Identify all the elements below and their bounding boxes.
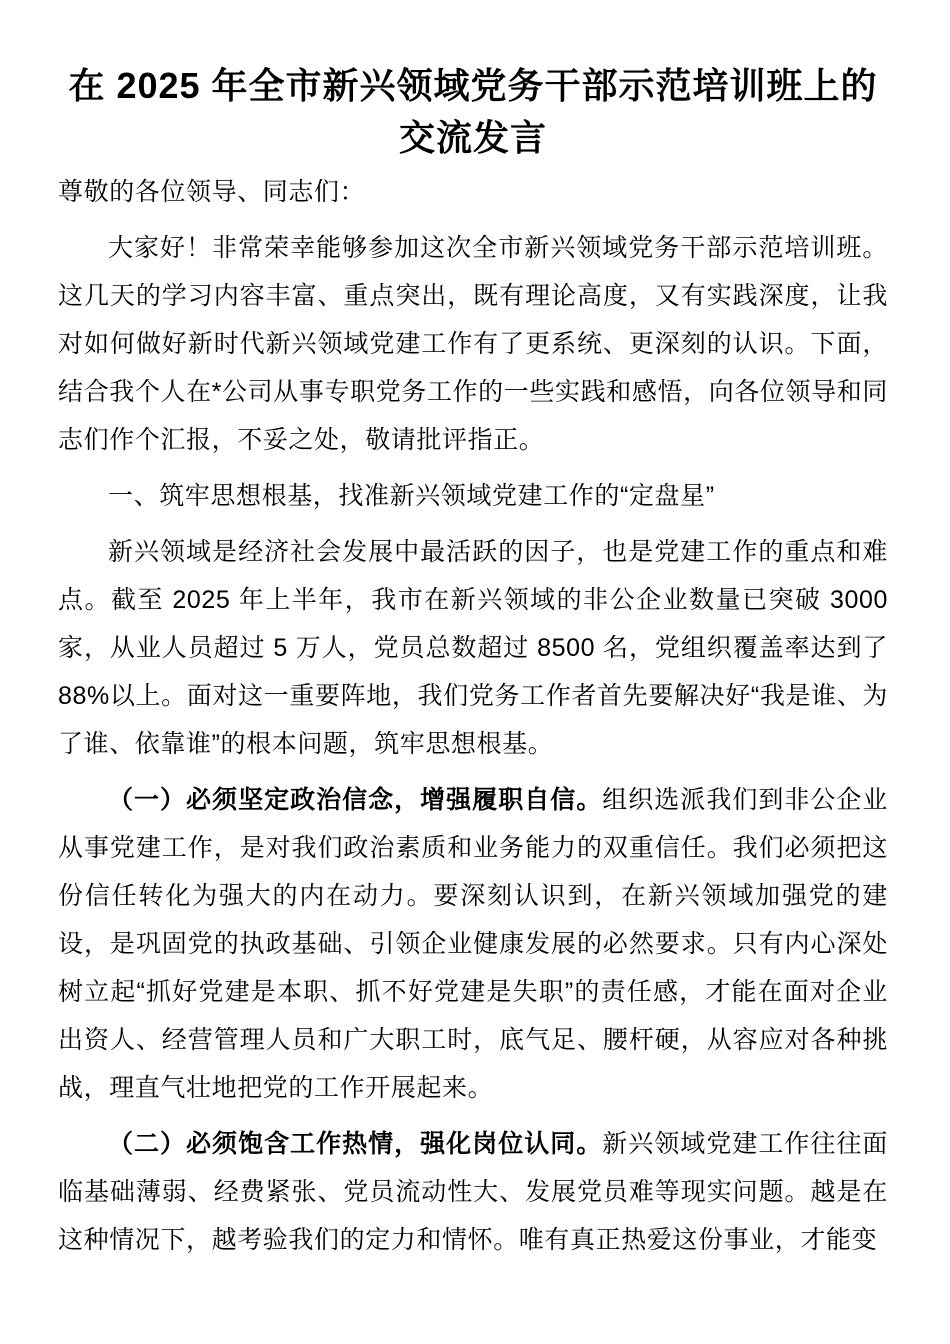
point-2-lead: （二）必须饱含工作热情，强化岗位认同。 (108, 1130, 602, 1158)
paragraph-section-1-intro: 新兴领域是经济社会发展中最活跃的因子，也是党建工作的重点和难点。截至 2025 … (58, 528, 888, 768)
paragraph-point-2: （二）必须饱含工作热情，强化岗位认同。新兴领域党建工作往往面临基础薄弱、经费紧张… (58, 1120, 888, 1264)
paragraph-point-1: （一）必须坚定政治信念，增强履职自信。组织选派我们到非公企业从事党建工作，是对我… (58, 776, 888, 1112)
salutation-line: 尊敬的各位领导、同志们： (58, 168, 888, 216)
paragraph-opening: 大家好！非常荣幸能够参加这次全市新兴领域党务干部示范培训班。这几天的学习内容丰富… (58, 224, 888, 464)
document-title: 在 2025 年全市新兴领域党务干部示范培训班上的交流发言 (58, 60, 888, 164)
point-1-lead: （一）必须坚定政治信念，增强履职自信。 (108, 786, 602, 814)
section-heading-1: 一、筑牢思想根基，找准新兴领域党建工作的“定盘星” (58, 472, 888, 520)
document-page: 在 2025 年全市新兴领域党务干部示范培训班上的交流发言 尊敬的各位领导、同志… (0, 0, 950, 1344)
point-1-body: 组织选派我们到非公企业从事党建工作，是对我们政治素质和业务能力的双重信任。我们必… (58, 786, 888, 1102)
